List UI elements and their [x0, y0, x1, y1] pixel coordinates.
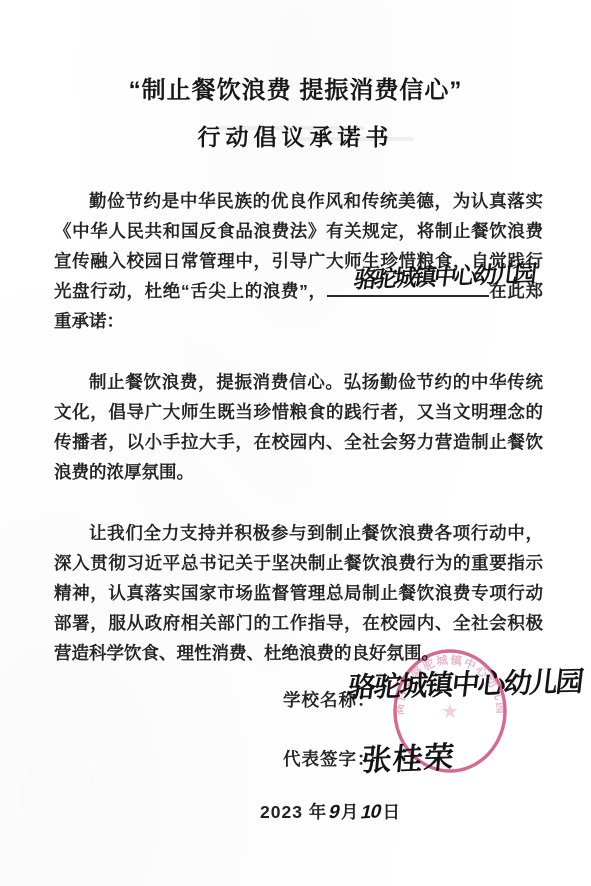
scanned-pledge-document: “制止餐饮浪费 提振消费信心” 行动倡议承诺书 勤俭节约是中华民族的优良作风和传… [0, 0, 591, 886]
school-name-blank-line: 骆驼城镇中心幼儿园 [327, 278, 489, 298]
document-body: 勤俭节约是中华民族的优良作风和传统美德，为认真落实《中华人民共和国反食品浪费法》… [54, 186, 543, 668]
scan-artifact [214, 126, 364, 130]
handwritten-signature: 张桂荣 [360, 732, 457, 779]
stamp-star-icon: ★ [441, 701, 459, 723]
date-line: 2023 年9月10日 [260, 799, 401, 824]
scan-artifact [296, 137, 414, 141]
paragraph-1: 勤俭节约是中华民族的优良作风和传统美德，为认真落实《中华人民共和国反食品浪费法》… [54, 186, 543, 336]
paragraph-2: 制止餐饮浪费，提振消费信心。弘扬勤俭节约的中华传统文化，倡导广大师生既当珍惜粮食… [54, 367, 543, 487]
date-year: 2023 年 [260, 802, 327, 822]
paragraph-3: 让我们全力支持并积极参与到制止餐饮浪费各项行动中，深入贯彻习近平总书记关于坚决制… [54, 518, 543, 668]
document-subtitle: 行动倡议承诺书 [0, 119, 591, 152]
document-title: “制止餐饮浪费 提振消费信心” [0, 70, 591, 105]
date-day-unit: 日 [383, 802, 402, 822]
handwritten-day-digit: 10 [357, 801, 386, 825]
handwritten-school-name: 骆驼城镇中心幼儿园 [346, 660, 585, 706]
